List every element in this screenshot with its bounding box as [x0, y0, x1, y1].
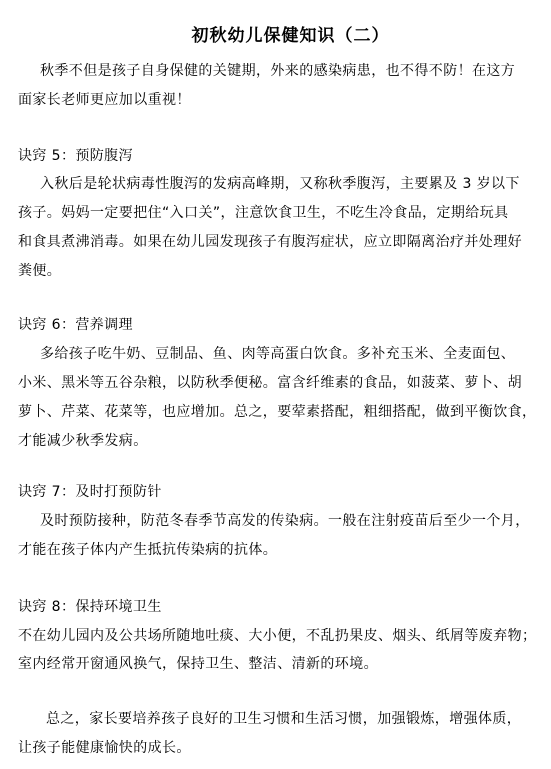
section-5-line-3: 和食具煮沸消毒。如果在幼儿园发现孩子有腹泻症状，应立即隔离治疗并处理好: [18, 232, 522, 252]
intro-line-2: 面家长老师更应加以重视！: [18, 90, 191, 110]
section-8-line-2: 室内经常开窗通风换气，保持卫生、整洁、清新的环境。: [18, 654, 378, 674]
conclusion-line-2: 让孩子能健康愉快的成长。: [18, 738, 191, 758]
section-6-heading: 诀窍 6：营养调理: [18, 315, 133, 335]
section-5-line-4: 粪便。: [18, 261, 61, 281]
section-8-heading: 诀窍 8：保持环境卫生: [18, 597, 162, 617]
section-8-line-1: 不在幼儿园内及公共场所随地吐痰、大小便，不乱扔果皮、烟头、纸屑等废弃物；: [18, 626, 536, 646]
section-6-line-3: 萝卜、芹菜、花菜等，也应增加。总之，要荤素搭配，粗细搭配，做到平衡饮食，: [18, 402, 536, 422]
section-5-heading: 诀窍 5：预防腹泻: [18, 146, 133, 166]
section-7-line-2: 才能在孩子体内产生抵抗传染病的抗体。: [18, 540, 277, 560]
section-6-line-1: 多给孩子吃牛奶、豆制品、鱼、肉等高蛋白饮食。多补充玉米、全麦面包、: [40, 344, 515, 364]
section-6-line-4: 才能减少秋季发病。: [18, 431, 148, 451]
section-5-line-2: 孩子。妈妈一定要把住“入口关”，注意饮食卫生，不吃生冷食品，定期给玩具: [18, 203, 509, 223]
section-7-heading: 诀窍 7：及时打预防针: [18, 482, 162, 502]
section-6-line-2: 小米、黑米等五谷杂粮，以防秋季便秘。富含纤维素的食品，如菠菜、萝卜、胡: [18, 373, 522, 393]
conclusion-line-1: 总之，家长要培养孩子良好的卫生习惯和生活习惯，加强锻炼，增强体质，: [46, 709, 521, 729]
section-7-line-1: 及时预防接种，防范冬春季节高发的传染病。一般在注射疫苗后至少一个月，: [40, 511, 530, 531]
document-title: 初秋幼儿保健知识（二）: [0, 24, 551, 48]
section-5-line-1: 入秋后是轮状病毒性腹泻的发病高峰期，又称秋季腹泻，主要累及 3 岁以下: [40, 174, 520, 194]
document-page: 初秋幼儿保健知识（二） 秋季不但是孩子自身保健的关键期，外来的感染病患，也不得不…: [0, 0, 551, 769]
intro-line-1: 秋季不但是孩子自身保健的关键期，外来的感染病患，也不得不防！在这方: [40, 61, 515, 81]
